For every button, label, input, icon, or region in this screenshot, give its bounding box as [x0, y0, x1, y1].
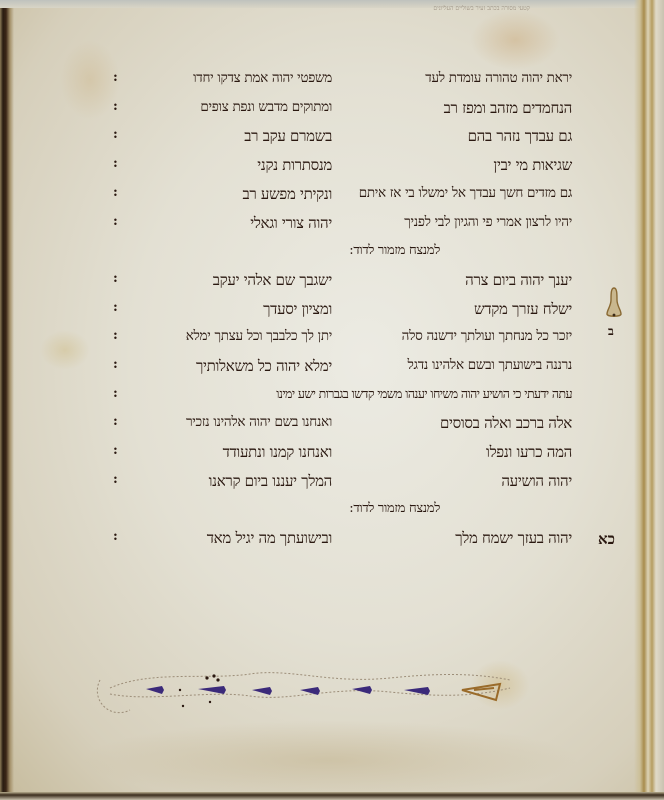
verse-left-hemistich: ואנחנו קמנו ונתעודד	[122, 443, 332, 462]
sof-pasuq-mark: :	[113, 357, 118, 372]
verse-right-hemistich: גם עבדך נזהר בהם	[352, 127, 572, 146]
margin-letter-bet: ב	[608, 324, 614, 339]
manuscript-page: קטעי מסורה בכתב זעיר בשוליים העליונים יר…	[0, 0, 664, 800]
sof-pasuq-mark: :	[113, 443, 118, 458]
binding-edge	[0, 8, 14, 800]
sof-pasuq-mark: :	[113, 386, 118, 401]
verse-left-hemistich: ומציון יסעדך	[122, 300, 332, 319]
psalm-heading: למנצח מזמור לדוד:	[240, 500, 440, 516]
verse-left-hemistich: ימלא יהוה כל משאלותיך	[122, 357, 332, 376]
stain	[80, 720, 580, 800]
sof-pasuq-mark: :	[113, 472, 118, 487]
verse-right-hemistich: יענך יהוה ביום צרה	[352, 271, 572, 290]
sof-pasuq-mark: :	[113, 185, 118, 200]
verse-left-hemistich: ונקיתי מפשע רב	[122, 185, 332, 204]
verse-left-hemistich: יתן לך כלבבך וכל עצתך ימלא	[122, 328, 332, 344]
sof-pasuq-mark: :	[113, 127, 118, 142]
verse-right-hemistich: הנחמדים מזהב ומפז רב	[352, 99, 572, 118]
stain	[40, 330, 90, 370]
bell-ornament-icon	[604, 286, 624, 320]
verse-left-hemistich: יהוה צורי וגאלי	[122, 214, 332, 233]
verse-left-hemistich: ישגבך שם אלהי יעקב	[122, 271, 332, 290]
sof-pasuq-mark: :	[113, 328, 118, 343]
sof-pasuq-mark: :	[113, 99, 118, 114]
sof-pasuq-mark: :	[113, 271, 118, 286]
verse-right-hemistich: יהוה הושיעה	[352, 472, 572, 491]
verse-right-hemistich: יהוה בעזך ישמח מלך	[352, 529, 572, 548]
stain	[60, 40, 120, 120]
verse-right-hemistich: שגיאות מי יבין	[352, 156, 572, 175]
sof-pasuq-mark: :	[113, 70, 118, 85]
verse-left-hemistich: המלך יעננו ביום קראנו	[122, 472, 332, 491]
decorative-band	[90, 650, 550, 720]
sof-pasuq-mark: :	[113, 214, 118, 229]
verse-left-hemistich: ובישועתך מה יגיל מאד	[122, 529, 332, 548]
page-bottom-edge	[0, 792, 664, 800]
verse-left-hemistich: ואנחנו בשם יהוה אלהינו נזכיר	[122, 414, 332, 430]
page-fore-edge	[634, 0, 664, 800]
verse-left-hemistich: משפטי יהוה אמת צדקו יחדו	[122, 70, 332, 86]
sof-pasuq-mark: :	[113, 414, 118, 429]
psalm-number-marker: כא	[598, 530, 615, 549]
verse-left-hemistich: בשמרם עקב רב	[122, 127, 332, 146]
top-marginalia: קטעי מסורה בכתב זעיר בשוליים העליונים	[90, 4, 530, 34]
verse-right-hemistich: עתה ידעתי כי הושיע יהוה משיחו יענהו משמי…	[122, 386, 572, 402]
verse-right-hemistich: אלה ברכב ואלה בסוסים	[352, 414, 572, 433]
sof-pasuq-mark: :	[113, 529, 118, 544]
sof-pasuq-mark: :	[113, 156, 118, 171]
sof-pasuq-mark: :	[113, 300, 118, 315]
verse-right-hemistich: המה כרעו ונפלו	[352, 443, 572, 462]
verse-left-hemistich: ומתוקים מדבש ונפת צופים	[122, 99, 332, 115]
verse-left-hemistich: מנסתרות נקני	[122, 156, 332, 175]
psalm-heading: למנצח מזמור לדוד:	[240, 242, 440, 258]
verse-right-hemistich: ישלח עזרך מקדש	[352, 300, 572, 319]
